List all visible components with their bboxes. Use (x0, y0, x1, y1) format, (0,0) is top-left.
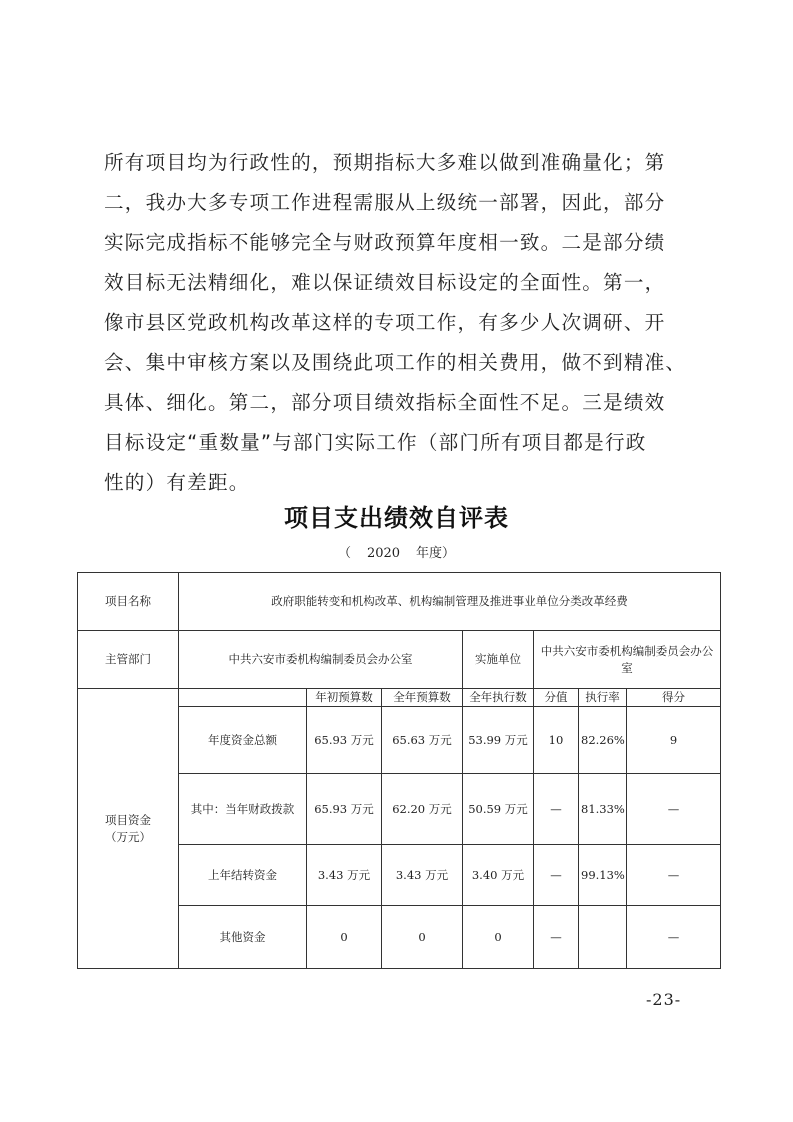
cell-annual: 0 (382, 906, 463, 969)
funds-label-line2: （万元） (80, 829, 176, 846)
funds-header-row: 项目资金 （万元） 年初预算数 全年预算数 全年执行数 分值 执行率 得分 (78, 689, 721, 707)
paragraph-line: 二，我办大多专项工作进程需服从上级统一部署，因此，部分 (104, 183, 704, 223)
department-row: 主管部门 中共六安市委机构编制委员会办公室 实施单位 中共六安市委机构编制委员会… (78, 631, 721, 689)
header-annual-budget: 全年预算数 (382, 689, 463, 707)
row-label: 其中：当年财政拨款 (179, 774, 307, 845)
impl-label: 实施单位 (463, 631, 534, 689)
cell-rate: 82.26% (579, 707, 627, 774)
cell-annual: 65.63 万元 (382, 707, 463, 774)
header-executed: 全年执行数 (463, 689, 534, 707)
cell-score: — (627, 774, 721, 845)
header-execution-rate: 执行率 (579, 689, 627, 707)
project-name-value: 政府职能转变和机构改革、机构编制管理及推进事业单位分类改革经费 (179, 573, 721, 631)
page-number: -23- (646, 990, 681, 1009)
header-score: 得分 (627, 689, 721, 707)
year-unit: 年度） (416, 546, 455, 561)
cell-initial: 65.93 万元 (307, 707, 382, 774)
funds-label: 项目资金 （万元） (78, 689, 179, 969)
body-paragraph: 所有项目均为行政性的，预期指标大多难以做到准确量化；第 二，我办大多专项工作进程… (104, 143, 704, 503)
self-evaluation-table: 项目名称 政府职能转变和机构改革、机构编制管理及推进事业单位分类改革经费 主管部… (77, 572, 721, 969)
year-value: 2020 (367, 546, 400, 561)
cell-rate (579, 906, 627, 969)
cell-initial: 0 (307, 906, 382, 969)
dept-value: 中共六安市委机构编制委员会办公室 (179, 631, 463, 689)
paragraph-line: 效目标无法精细化，难以保证绩效目标设定的全面性。第一， (104, 263, 704, 303)
cell-score-value: — (534, 774, 579, 845)
paragraph-line: 具体、细化。第二，部分项目绩效指标全面性不足。三是绩效 (104, 383, 704, 423)
cell-initial: 65.93 万元 (307, 774, 382, 845)
cell-executed: 53.99 万元 (463, 707, 534, 774)
paragraph-line: 目标设定“重数量”与部门实际工作（部门所有项目都是行政 (104, 423, 704, 463)
project-name-row: 项目名称 政府职能转变和机构改革、机构编制管理及推进事业单位分类改革经费 (78, 573, 721, 631)
paragraph-line: 性的）有差距。 (104, 463, 704, 503)
year-line: （2020年度） (0, 542, 793, 561)
header-score-value: 分值 (534, 689, 579, 707)
cell-executed: 50.59 万元 (463, 774, 534, 845)
impl-value: 中共六安市委机构编制委员会办公室 (534, 631, 721, 689)
cell-score-value: — (534, 906, 579, 969)
paragraph-line: 像市县区党政机构改革这样的专项工作，有多少人次调研、开 (104, 303, 704, 343)
cell-executed: 3.40 万元 (463, 845, 534, 906)
cell-executed: 0 (463, 906, 534, 969)
paragraph-line: 所有项目均为行政性的，预期指标大多难以做到准确量化；第 (104, 143, 704, 183)
row-label: 年度资金总额 (179, 707, 307, 774)
paragraph-line: 实际完成指标不能够完全与财政预算年度相一致。二是部分绩 (104, 223, 704, 263)
header-blank (179, 689, 307, 707)
cell-rate: 99.13% (579, 845, 627, 906)
dept-label: 主管部门 (78, 631, 179, 689)
cell-score: 9 (627, 707, 721, 774)
cell-annual: 62.20 万元 (382, 774, 463, 845)
cell-score: — (627, 906, 721, 969)
cell-score-value: 10 (534, 707, 579, 774)
year-open-paren: （ (338, 546, 351, 561)
row-label: 上年结转资金 (179, 845, 307, 906)
funds-label-line1: 项目资金 (80, 812, 176, 829)
cell-initial: 3.43 万元 (307, 845, 382, 906)
table-title: 项目支出绩效自评表 (0, 498, 793, 533)
header-initial-budget: 年初预算数 (307, 689, 382, 707)
project-name-label: 项目名称 (78, 573, 179, 631)
cell-annual: 3.43 万元 (382, 845, 463, 906)
row-label: 其他资金 (179, 906, 307, 969)
cell-score-value: — (534, 845, 579, 906)
paragraph-line: 会、集中审核方案以及围绕此项工作的相关费用，做不到精准、 (104, 343, 704, 383)
cell-rate: 81.33% (579, 774, 627, 845)
cell-score: — (627, 845, 721, 906)
